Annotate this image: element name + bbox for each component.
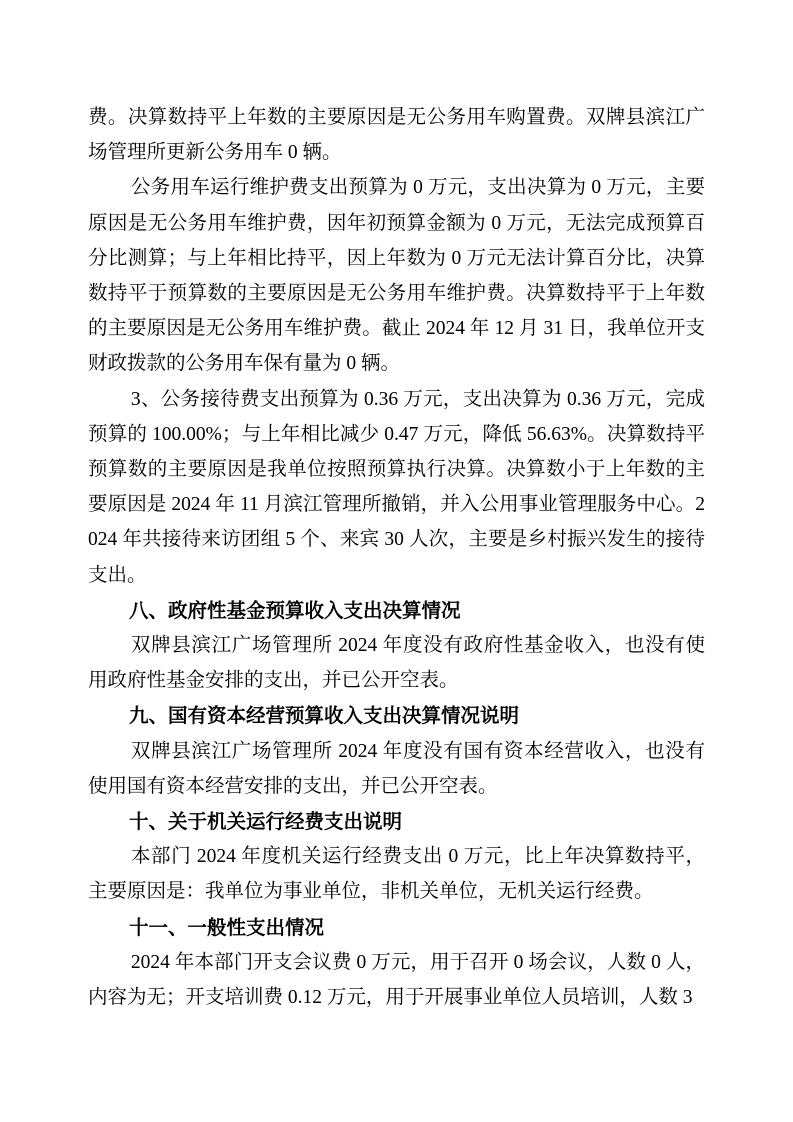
paragraph-operating-expenses: 本部门 2024 年度机关运行经费支出 0 万元，比上年决算数持平，主要原因是：… xyxy=(88,839,705,909)
paragraph-continuation: 费。决算数持平上年数的主要原因是无公务用车购置费。双牌县滨江广场管理所更新公务用… xyxy=(88,100,705,170)
document-page: 费。决算数持平上年数的主要原因是无公务用车购置费。双牌县滨江广场管理所更新公务用… xyxy=(0,0,793,1122)
paragraph-official-reception: 3、公务接待费支出预算为 0.36 万元，支出决算为 0.36 万元，完成预算的… xyxy=(88,382,705,593)
paragraph-government-funds: 双牌县滨江广场管理所 2024 年度没有政府性基金收入，也没有使用政府性基金安排… xyxy=(88,628,705,698)
section-heading-8-government-funds: 八、政府性基金预算收入支出决算情况 xyxy=(88,593,705,628)
paragraph-state-capital: 双牌县滨江广场管理所 2024 年度没有国有资本经营收入，也没有使用国有资本经营… xyxy=(88,734,705,804)
paragraph-vehicle-maintenance: 公务用车运行维护费支出预算为 0 万元，支出决算为 0 万元，主要原因是无公务用… xyxy=(88,170,705,381)
section-heading-10-operating-expenses: 十、关于机关运行经费支出说明 xyxy=(88,804,705,839)
document-body: 费。决算数持平上年数的主要原因是无公务用车购置费。双牌县滨江广场管理所更新公务用… xyxy=(88,100,705,1015)
section-heading-11-general-expenditure: 十一、一般性支出情况 xyxy=(88,910,705,945)
paragraph-general-expenditure: 2024 年本部门开支会议费 0 万元，用于召开 0 场会议，人数 0 人，内容… xyxy=(88,945,705,1015)
section-heading-9-state-capital: 九、国有资本经营预算收入支出决算情况说明 xyxy=(88,698,705,733)
